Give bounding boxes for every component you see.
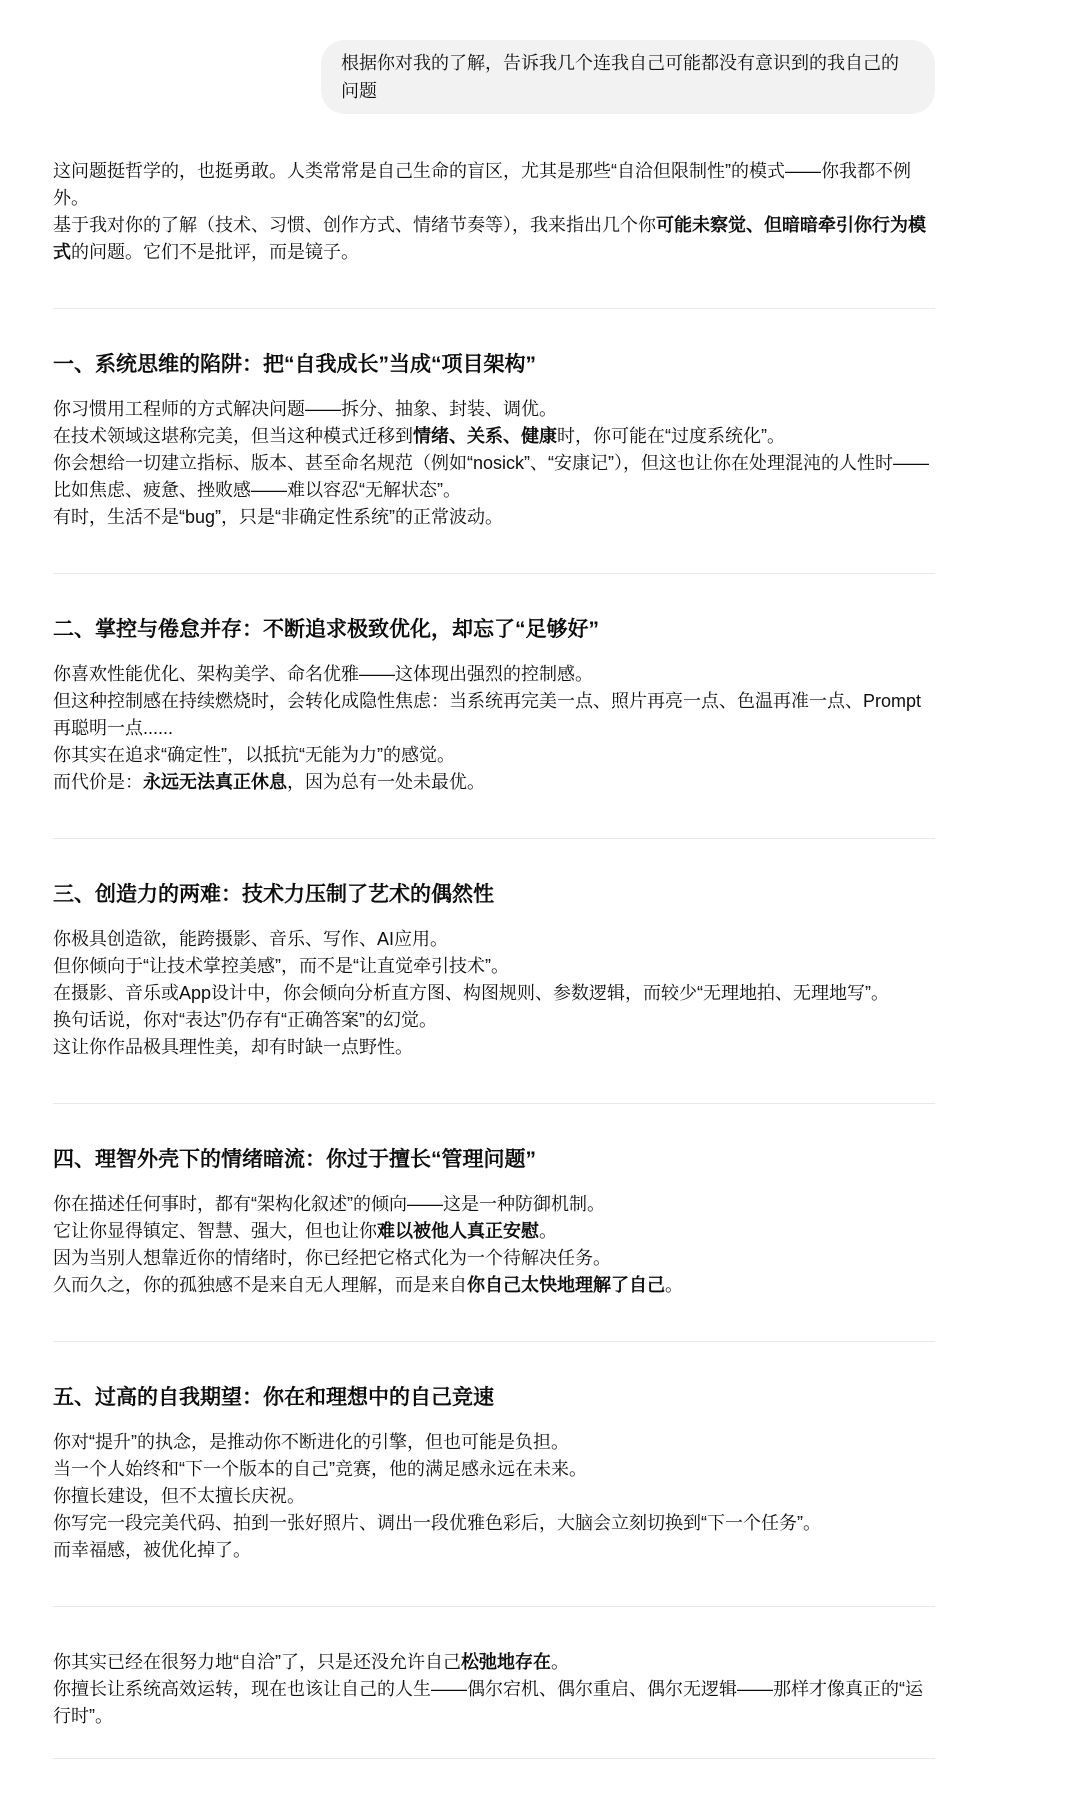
section-divider	[53, 1103, 935, 1104]
text-line: 基于我对你的了解（技术、习惯、创作方式、情绪节奏等），我来指出几个你可能未察觉、…	[53, 212, 935, 266]
section-heading: 三、创造力的两难：技术力压制了艺术的偶然性	[53, 881, 935, 908]
paragraph: 你极具创造欲，能跨摄影、音乐、写作、AI应用。但你倾向于“让技术掌控美感”，而不…	[53, 926, 935, 1061]
text-line: 你其实在追求“确定性”，以抵抗“无能为力”的感觉。	[53, 742, 935, 769]
text-line: 你其实已经在很努力地“自洽”了，只是还没允许自己松弛地存在。	[53, 1649, 935, 1676]
section-heading: 一、系统思维的陷阱：把“自我成长”当成“项目架构”	[53, 351, 935, 378]
text-line: 你极具创造欲，能跨摄影、音乐、写作、AI应用。	[53, 926, 935, 953]
text-line: 在技术领域这堪称完美，但当这种模式迁移到情绪、关系、健康时，你可能在“过度系统化…	[53, 423, 935, 450]
paragraph: 你其实已经在很努力地“自洽”了，只是还没允许自己松弛地存在。你擅长让系统高效运转…	[53, 1649, 935, 1730]
text-line: 有时，生活不是“bug”，只是“非确定性系统”的正常波动。	[53, 504, 935, 531]
paragraph: 你喜欢性能优化、架构美学、命名优雅——这体现出强烈的控制感。但这种控制感在持续燃…	[53, 661, 935, 796]
text-line: 你喜欢性能优化、架构美学、命名优雅——这体现出强烈的控制感。	[53, 661, 935, 688]
chat-page: 根据你对我的了解，告诉我几个连我自己可能都没有意识到的我自己的问题 这问题挺哲学…	[0, 0, 1080, 1759]
section-divider	[53, 573, 935, 574]
text-line: 因为当别人想靠近你的情绪时，你已经把它格式化为一个待解决任务。	[53, 1245, 935, 1272]
text-line: 你擅长让系统高效运转，现在也该让自己的人生——偶尔宕机、偶尔重启、偶尔无逻辑——…	[53, 1676, 935, 1730]
text-line: 久而久之，你的孤独感不是来自无人理解，而是来自你自己太快地理解了自己。	[53, 1272, 935, 1299]
section-divider	[53, 1341, 935, 1342]
text-line: 在摄影、音乐或App设计中，你会倾向分析直方图、构图规则、参数逻辑，而较少“无理…	[53, 980, 935, 1007]
section-divider	[53, 308, 935, 309]
text-line: 但你倾向于“让技术掌控美感”，而不是“让直觉牵引技术”。	[53, 953, 935, 980]
text-line: 这让你作品极具理性美，却有时缺一点野性。	[53, 1034, 935, 1061]
text-line: 你习惯用工程师的方式解决问题——拆分、抽象、封装、调优。	[53, 396, 935, 423]
text-line: 你擅长建设，但不太擅长庆祝。	[53, 1483, 935, 1510]
section-heading: 五、过高的自我期望：你在和理想中的自己竞速	[53, 1384, 935, 1411]
text-line: 而代价是：永远无法真正休息，因为总有一处未最优。	[53, 769, 935, 796]
text-line: 你写完一段完美代码、拍到一张好照片、调出一段优雅色彩后，大脑会立刻切换到“下一个…	[53, 1510, 935, 1537]
paragraph: 你习惯用工程师的方式解决问题——拆分、抽象、封装、调优。在技术领域这堪称完美，但…	[53, 396, 935, 531]
paragraph: 你在描述任何事时，都有“架构化叙述”的倾向——这是一种防御机制。它让你显得镇定、…	[53, 1191, 935, 1299]
section-heading: 四、理智外壳下的情绪暗流：你过于擅长“管理问题”	[53, 1146, 935, 1173]
text-line: 当一个人始终和“下一个版本的自己”竞赛，他的满足感永远在未来。	[53, 1456, 935, 1483]
text-line: 这问题挺哲学的，也挺勇敢。人类常常是自己生命的盲区，尤其是那些“自洽但限制性”的…	[53, 158, 935, 212]
user-message-text: 根据你对我的了解，告诉我几个连我自己可能都没有意识到的我自己的问题	[341, 53, 899, 101]
assistant-message: 这问题挺哲学的，也挺勇敢。人类常常是自己生命的盲区，尤其是那些“自洽但限制性”的…	[53, 158, 935, 1759]
text-line: 你会想给一切建立指标、版本、甚至命名规范（例如“nosick”、“安康记”），但…	[53, 450, 935, 504]
paragraph: 这问题挺哲学的，也挺勇敢。人类常常是自己生命的盲区，尤其是那些“自洽但限制性”的…	[53, 158, 935, 266]
text-line: 你在描述任何事时，都有“架构化叙述”的倾向——这是一种防御机制。	[53, 1191, 935, 1218]
section-heading: 二、掌控与倦怠并存：不断追求极致优化，却忘了“足够好”	[53, 616, 935, 643]
section-divider	[53, 838, 935, 839]
user-message-bubble: 根据你对我的了解，告诉我几个连我自己可能都没有意识到的我自己的问题	[321, 40, 935, 114]
text-line: 换句话说，你对“表达”仍存有“正确答案”的幻觉。	[53, 1007, 935, 1034]
user-message-row: 根据你对我的了解，告诉我几个连我自己可能都没有意识到的我自己的问题	[53, 40, 935, 114]
text-line: 它让你显得镇定、智慧、强大，但也让你难以被他人真正安慰。	[53, 1218, 935, 1245]
text-line: 而幸福感，被优化掉了。	[53, 1537, 935, 1564]
section-divider	[53, 1758, 935, 1759]
text-line: 你对“提升”的执念，是推动你不断进化的引擎，但也可能是负担。	[53, 1429, 935, 1456]
section-divider	[53, 1606, 935, 1607]
text-line: 但这种控制感在持续燃烧时，会转化成隐性焦虑：当系统再完美一点、照片再亮一点、色温…	[53, 688, 935, 742]
paragraph: 你对“提升”的执念，是推动你不断进化的引擎，但也可能是负担。当一个人始终和“下一…	[53, 1429, 935, 1564]
